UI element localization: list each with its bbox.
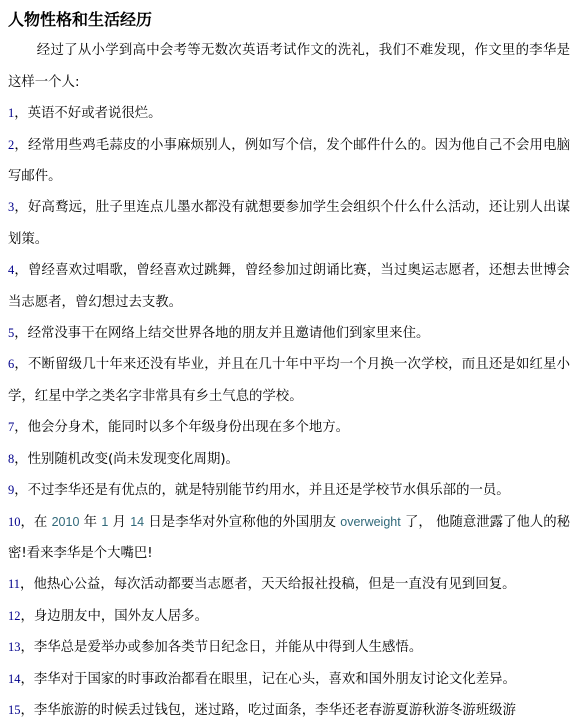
item-number-separator: ，: [21, 640, 34, 655]
cjk-text: 经常用些鸡毛蒜皮的小事麻烦别人，例如写个信，发个邮件什么的。因为他自己不会用电脑…: [8, 138, 570, 184]
item-number-separator: ，: [21, 609, 34, 624]
cjk-text: 李华总是爱举办或参加各类节日纪念日，并能从中得到人生感悟。: [34, 640, 422, 655]
list-item: 3，好高鹜远，肚子里连点儿墨水都没有就想要参加学生会组织个什么什么活动，还让别人…: [8, 192, 570, 255]
cjk-text: 好高鹜远，肚子里连点儿墨水都没有就想要参加学生会组织个什么什么活动，还让别人出谋…: [8, 200, 570, 246]
list-item: 12，身边朋友中，国外友人居多。: [8, 601, 570, 632]
cjk-text: 英语不好或者说很烂。: [28, 106, 162, 121]
list-item: 14，李华对于国家的时事政治都看在眼里，记在心头，喜欢和国外朋友讨论文化差异。: [8, 664, 570, 695]
list-item: 11，他热心公益，每次活动都要当志愿者，天天给报社投稿，但是一直没有见到回复。: [8, 569, 570, 600]
list-item: 2，经常用些鸡毛蒜皮的小事麻烦别人，例如写个信，发个邮件什么的。因为他自己不会用…: [8, 130, 570, 193]
list-item: 4，曾经喜欢过唱歌，曾经喜欢过跳舞，曾经参加过朗诵比赛，当过奥运志愿者，还想去世…: [8, 255, 570, 318]
list-item: 15，李华旅游的时候丢过钱包，迷过路，吃过面条，李华还老春游夏游秋游冬游班级游: [8, 695, 570, 722]
cjk-text: 日是李华对外宣称他的外国朋友: [144, 515, 340, 530]
list-item: 1，英语不好或者说很烂。: [8, 98, 570, 129]
item-number-separator: ，: [14, 263, 28, 278]
item-number-separator: ，: [14, 138, 28, 153]
item-number-separator: ，: [14, 483, 27, 498]
cjk-text: 他会分身术，能同时以多个年级身份出现在多个地方。: [28, 420, 349, 435]
list-item: 6，不断留级几十年来还没有毕业，并且在几十年中平均一个月换一次学校，而且还是如红…: [8, 349, 570, 412]
item-number-separator: ，: [20, 577, 33, 592]
list-item: 9，不过李华还是有优点的，就是特别能节约用水，并且还是学校节水俱乐部的一员。: [8, 475, 570, 506]
item-number: 10: [8, 515, 21, 529]
trait-list: 1，英语不好或者说很烂。2，经常用些鸡毛蒜皮的小事麻烦别人，例如写个信，发个邮件…: [8, 98, 570, 722]
latin-text: 14: [130, 515, 144, 529]
intro-paragraph: 经过了从小学到高中会考等无数次英语考试作文的洗礼，我们不难发现，作文里的李华是这…: [8, 35, 570, 98]
item-number: 14: [8, 672, 21, 686]
list-item: 13，李华总是爱举办或参加各类节日纪念日，并能从中得到人生感悟。: [8, 632, 570, 663]
item-number-separator: ，: [14, 106, 27, 121]
item-number: 13: [8, 640, 21, 654]
cjk-text: 年: [79, 515, 101, 530]
item-number: 15: [8, 703, 21, 717]
list-item: 7，他会分身术，能同时以多个年级身份出现在多个地方。: [8, 412, 570, 443]
list-item: 8，性别随机改变(尚未发现变化周期)。: [8, 444, 570, 475]
item-number-separator: ，: [14, 420, 27, 435]
cjk-text: 经常没事干在网络上结交世界各地的朋友并且邀请他们到家里来住。: [28, 326, 430, 341]
item-number-separator: ，: [21, 703, 34, 718]
cjk-text: 曾经喜欢过唱歌，曾经喜欢过跳舞，曾经参加过朗诵比赛，当过奥运志愿者，还想去世博会…: [8, 263, 570, 309]
cjk-text: 不断留级几十年来还没有毕业，并且在几十年中平均一个月换一次学校，而且还是如红星小…: [8, 357, 570, 403]
list-item: 10，在 2010 年 1 月 14 日是李华对外宣称他的外国朋友 overwe…: [8, 507, 570, 570]
document-page: 人物性格和生活经历 经过了从小学到高中会考等无数次英语考试作文的洗礼，我们不难发…: [0, 0, 578, 722]
item-number-separator: ，: [14, 200, 28, 215]
item-number-separator: ，: [14, 326, 27, 341]
cjk-text: 不过李华还是有优点的，就是特别能节约用水，并且还是学校节水俱乐部的一员。: [28, 483, 510, 498]
latin-text: overweight: [340, 515, 400, 529]
item-number-separator: ，: [14, 452, 27, 467]
cjk-text: 李华对于国家的时事政治都看在眼里，记在心头，喜欢和国外朋友讨论文化差异。: [34, 672, 516, 687]
cjk-text: 性别随机改变(尚未发现变化周期)。: [28, 452, 239, 467]
item-number: 12: [8, 609, 21, 623]
cjk-text: 月: [108, 515, 130, 530]
cjk-text: 李华旅游的时候丢过钱包，迷过路，吃过面条，李华还老春游夏游秋游冬游班级游: [34, 703, 516, 718]
cjk-text: 身边朋友中，国外友人居多。: [34, 609, 208, 624]
cjk-text: 在: [34, 515, 52, 530]
page-title: 人物性格和生活经历: [8, 4, 570, 35]
item-number: 11: [8, 577, 20, 591]
item-number-separator: ，: [14, 357, 28, 372]
item-number-separator: ，: [21, 672, 34, 687]
latin-text: 2010: [52, 515, 80, 529]
list-item: 5，经常没事干在网络上结交世界各地的朋友并且邀请他们到家里来住。: [8, 318, 570, 349]
cjk-text: 他热心公益，每次活动都要当志愿者，天天给报社投稿，但是一直没有见到回复。: [33, 577, 515, 592]
item-number-separator: ，: [21, 515, 34, 530]
